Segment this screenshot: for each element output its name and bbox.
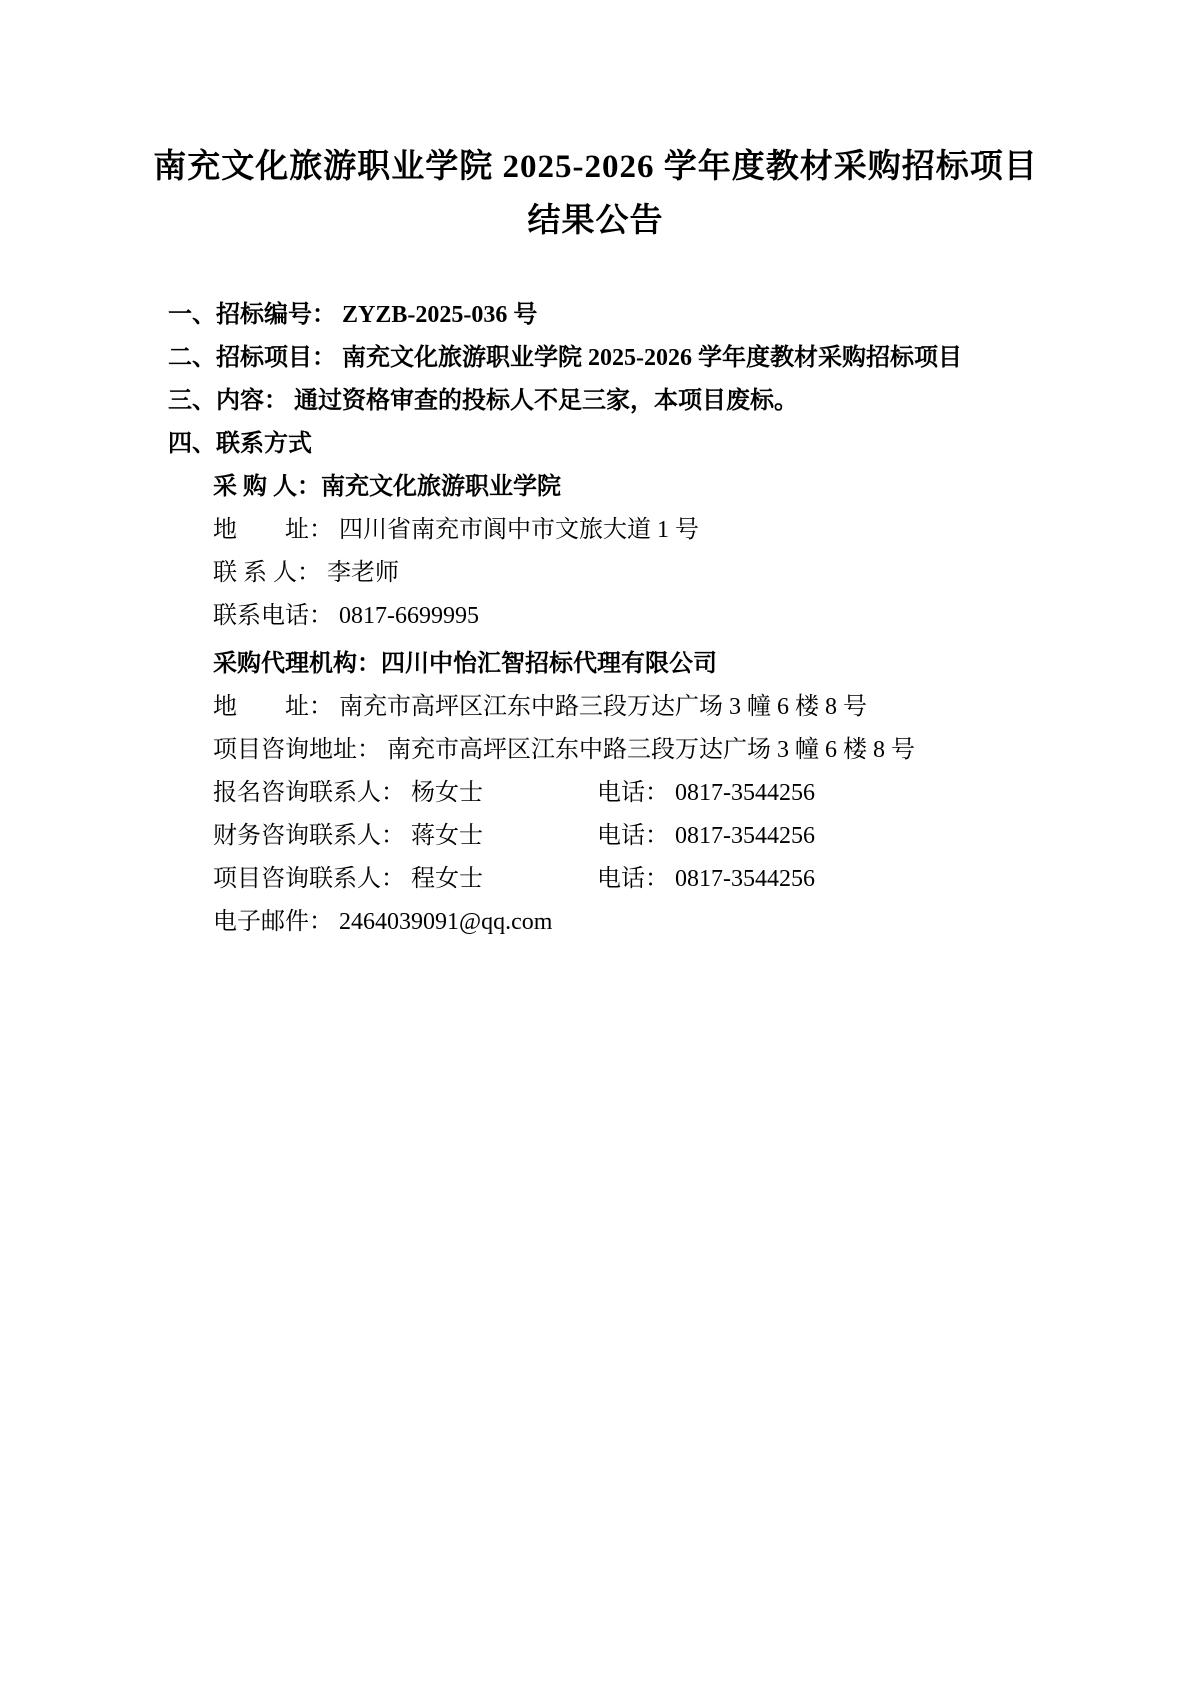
phone-label: 电话： <box>597 780 669 806</box>
list-item-bid-project: 二、招标项目：南充文化旅游职业学院 2025-2026 学年度教材采购招标项目 <box>168 337 1131 380</box>
registration-contact-name: 杨女士 <box>405 780 483 806</box>
item-field-name: 联系方式 <box>216 431 312 457</box>
document-title-line1: 南充文化旅游职业学院 2025-2026 学年度教材采购招标项目 <box>0 140 1191 194</box>
contact-person-label: 联 系 人： <box>213 560 321 586</box>
phone-label: 联系电话： <box>213 603 333 629</box>
address-label: 地 址： <box>213 517 333 543</box>
phone-label: 电话： <box>597 866 669 892</box>
registration-contact-phone: 0817-3544256 <box>669 780 815 806</box>
document-body: 一、招标编号：ZYZB-2025-036 号 二、招标项目：南充文化旅游职业学院… <box>0 294 1191 944</box>
finance-contact-row: 财务咨询联系人：蒋女士电话：0817-3544256 <box>213 815 1131 858</box>
list-item-content: 三、内容：通过资格审查的投标人不足三家，本项目废标。 <box>168 380 1131 423</box>
registration-contact-label: 报名咨询联系人： <box>213 780 405 806</box>
project-contact: 项目咨询联系人：程女士 <box>213 858 597 901</box>
agency-project-consult-address-value: 南充市高坪区江东中路三段万达广场 3 幢 6 楼 8 号 <box>381 737 915 763</box>
project-contact-row: 项目咨询联系人：程女士电话：0817-3544256 <box>213 858 1131 901</box>
email-row: 电子邮件：2464039091@qq.com <box>213 901 1131 944</box>
item-ordinal: 三、 <box>168 388 216 414</box>
purchaser-address-value: 四川省南充市阆中市文旅大道 1 号 <box>333 517 699 543</box>
email-value: 2464039091@qq.com <box>333 909 552 935</box>
project-contact-phone: 0817-3544256 <box>669 866 815 892</box>
purchaser-phone-row: 联系电话：0817-6699995 <box>213 595 1131 638</box>
project-consult-address-label: 项目咨询地址： <box>213 737 381 763</box>
agency-name: 四川中怡汇智招标代理有限公司 <box>381 651 717 677</box>
item-ordinal: 二、 <box>168 345 216 371</box>
address-label: 地 址： <box>213 694 333 720</box>
email-label: 电子邮件： <box>213 909 333 935</box>
purchaser-phone-value: 0817-6699995 <box>333 603 479 629</box>
purchaser-heading: 采 购 人：南充文化旅游职业学院 <box>213 466 1131 509</box>
document-page: 南充文化旅游职业学院 2025-2026 学年度教材采购招标项目 结果公告 一、… <box>0 0 1191 1684</box>
registration-contact: 报名咨询联系人：杨女士 <box>213 772 597 815</box>
registration-contact-row: 报名咨询联系人：杨女士电话：0817-3544256 <box>213 772 1131 815</box>
purchaser-contact-person-value: 李老师 <box>321 560 399 586</box>
item-field-name: 招标编号： <box>216 302 336 328</box>
finance-contact-label: 财务咨询联系人： <box>213 823 405 849</box>
agency-address-value: 南充市高坪区江东中路三段万达广场 3 幢 6 楼 8 号 <box>333 694 867 720</box>
bid-project-value: 南充文化旅游职业学院 2025-2026 学年度教材采购招标项目 <box>336 345 962 371</box>
purchaser-contact-person-row: 联 系 人：李老师 <box>213 552 1131 595</box>
agency-project-consult-address-row: 项目咨询地址：南充市高坪区江东中路三段万达广场 3 幢 6 楼 8 号 <box>213 729 1131 772</box>
finance-contact-name: 蒋女士 <box>405 823 483 849</box>
project-contact-label: 项目咨询联系人： <box>213 866 405 892</box>
item-ordinal: 四、 <box>168 431 216 457</box>
item-field-name: 招标项目： <box>216 345 336 371</box>
purchaser-name: 南充文化旅游职业学院 <box>321 474 561 500</box>
bid-number-value: ZYZB-2025-036 号 <box>336 302 537 328</box>
finance-contact-phone: 0817-3544256 <box>669 823 815 849</box>
document-title: 南充文化旅游职业学院 2025-2026 学年度教材采购招标项目 结果公告 <box>0 0 1191 248</box>
agency-label: 采购代理机构： <box>213 651 381 677</box>
item-ordinal: 一、 <box>168 302 216 328</box>
agency-section: 采购代理机构：四川中怡汇智招标代理有限公司 地 址：南充市高坪区江东中路三段万达… <box>168 643 1131 944</box>
document-title-line2: 结果公告 <box>0 194 1191 248</box>
item-field-name: 内容： <box>216 388 288 414</box>
list-item-contact-info: 四、联系方式 <box>168 423 1131 466</box>
purchaser-label: 采 购 人： <box>213 474 321 500</box>
phone-label: 电话： <box>597 823 669 849</box>
finance-contact: 财务咨询联系人：蒋女士 <box>213 815 597 858</box>
agency-heading: 采购代理机构：四川中怡汇智招标代理有限公司 <box>213 643 1131 686</box>
list-item-bid-number: 一、招标编号：ZYZB-2025-036 号 <box>168 294 1131 337</box>
agency-address-row: 地 址：南充市高坪区江东中路三段万达广场 3 幢 6 楼 8 号 <box>213 686 1131 729</box>
purchaser-address-row: 地 址：四川省南充市阆中市文旅大道 1 号 <box>213 509 1131 552</box>
purchaser-section: 采 购 人：南充文化旅游职业学院 地 址：四川省南充市阆中市文旅大道 1 号 联… <box>168 466 1131 638</box>
content-value: 通过资格审查的投标人不足三家，本项目废标。 <box>288 388 798 414</box>
project-contact-name: 程女士 <box>405 866 483 892</box>
